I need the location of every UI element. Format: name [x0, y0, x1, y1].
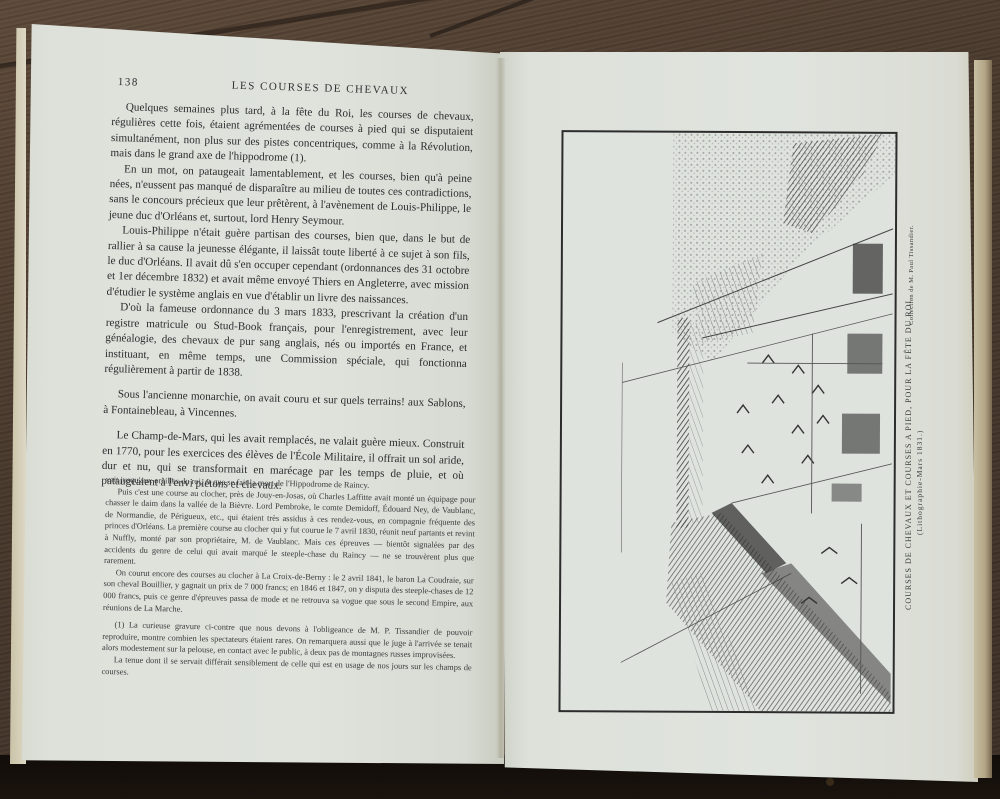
body-text: Quelques semaines plus tard, à la fête d… [101, 100, 474, 500]
paragraph: Louis-Philippe n'était guère partisan de… [106, 223, 470, 310]
plate-caption: COURSES DE CHEVAUX ET COURSES A PIED, PO… [904, 140, 944, 610]
paper-stain [826, 778, 834, 786]
lithograph-plate [558, 130, 897, 714]
race-scene-illustration [560, 132, 895, 712]
right-page-stack-edge [974, 60, 992, 778]
table-plank-seam [429, 0, 1000, 38]
paragraph: D'où la fameuse ordonnance du 3 mars 183… [104, 300, 468, 387]
footnote: On courut encore des courses au clocher … [103, 567, 474, 622]
caption-title: COURSES DE CHEVAUX ET COURSES A PIED, PO… [904, 297, 913, 610]
book-gutter [496, 58, 506, 758]
footnote: Puis c'est une course au clocher, près d… [104, 486, 476, 576]
page-number: 138 [118, 76, 139, 89]
footnotes: vait jusqu'aux oreilles du roi, et que s… [101, 474, 476, 685]
paragraph: Quelques semaines plus tard, à la fête d… [110, 100, 474, 172]
caption-date: (Lithographie-Mars 1831.) [915, 430, 924, 535]
paragraph: En un mot, on pataugeait lamentablement,… [109, 162, 473, 234]
paragraph: Sous l'ancienne monarchie, on avait cour… [103, 387, 466, 428]
caption-credit: Collection de M. Paul Tissandier. [908, 225, 915, 325]
